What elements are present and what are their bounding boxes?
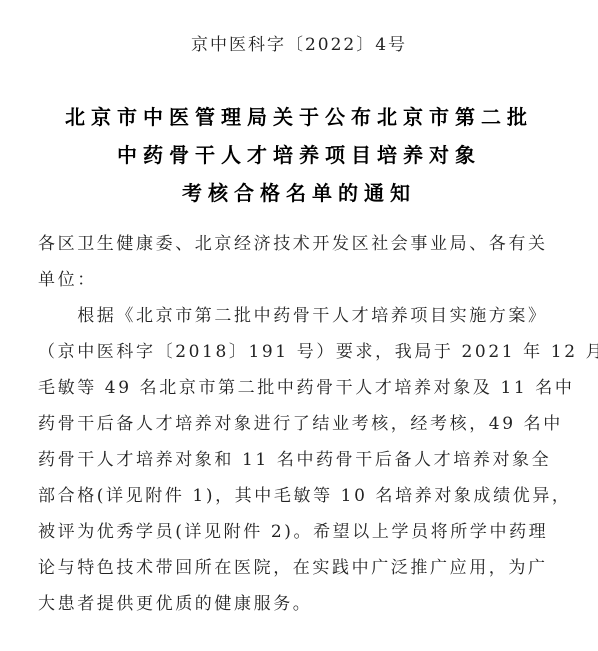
body-line: （京中医科字〔2018〕191 号）要求，我局于 2021 年 12 月对 — [38, 334, 538, 370]
document-body: 各区卫生健康委、北京经济技术开发区社会事业局、各有关 单位： 根据《北京市第二批… — [38, 226, 538, 622]
body-line: 部合格(详见附件 1)，其中毛敏等 10 名培养对象成绩优异， — [38, 478, 538, 514]
document-number: 京中医科字〔2022〕4号 — [0, 34, 598, 56]
document-page: 京中医科字〔2022〕4号 北京市中医管理局关于公布北京市第二批 中药骨干人才培… — [0, 0, 598, 651]
body-line: 被评为优秀学员(详见附件 2)。希望以上学员将所学中药理 — [38, 514, 538, 550]
document-title: 北京市中医管理局关于公布北京市第二批 中药骨干人才培养项目培养对象 考核合格名单… — [0, 98, 598, 212]
title-line-1: 北京市中医管理局关于公布北京市第二批 — [0, 98, 598, 136]
body-line: 药骨干人才培养对象和 11 名中药骨干后备人才培养对象全 — [38, 442, 538, 478]
title-line-2: 中药骨干人才培养项目培养对象 — [0, 136, 598, 174]
title-line-3: 考核合格名单的通知 — [0, 174, 598, 212]
body-line: 毛敏等 49 名北京市第二批中药骨干人才培养对象及 11 名中 — [38, 370, 538, 406]
addressee-line-1: 各区卫生健康委、北京经济技术开发区社会事业局、各有关 — [38, 226, 538, 262]
addressee-line-2: 单位： — [38, 262, 538, 298]
body-line: 论与特色技术带回所在医院，在实践中广泛推广应用，为广 — [38, 550, 538, 586]
body-line: 药骨干后备人才培养对象进行了结业考核，经考核，49 名中 — [38, 406, 538, 442]
body-line: 大患者提供更优质的健康服务。 — [38, 586, 538, 622]
body-line: 根据《北京市第二批中药骨干人才培养项目实施方案》 — [38, 298, 538, 334]
